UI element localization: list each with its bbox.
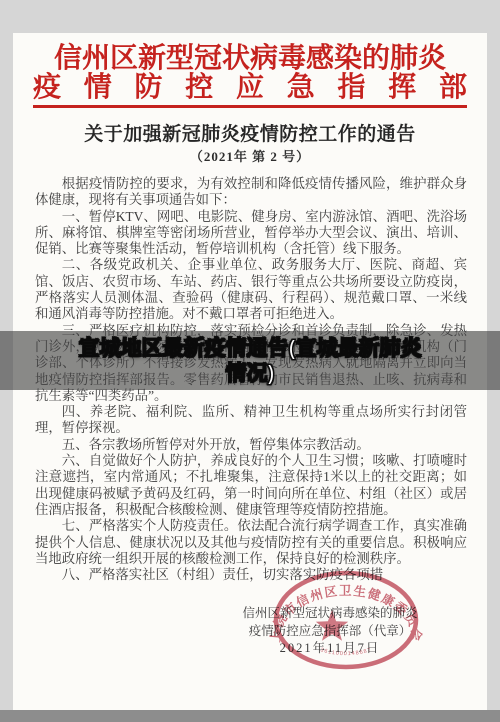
seal-serial-number: 3611000148687 [319,647,372,657]
body-paragraph: 四、养老院、福利院、监所、精神卫生机构等重点场所实行封闭管理，暂停探视。 [35,404,467,437]
body-paragraph: 二、各级党政机关、企事业单位、政务服务大厅、医院、商超、宾馆、饭店、农贸市场、车… [35,257,467,322]
document-number: （2021年 第 2 号） [13,149,487,164]
official-seal: 上饶市信州区卫生健康委员会 3611000148687 [266,560,426,680]
photo-background: 信州区新型冠状病毒感染的肺炎 疫情防控应急指挥部 关于加强新冠肺炎疫情防控工作的… [0,0,500,722]
bottom-strip [0,710,500,722]
body-paragraph: 六、自觉做好个人防护，养成良好的个人卫生习惯；咳嗽、打喷嚏时注意遮挡，室内常通风… [35,453,467,518]
caption-title-line1: 宣城地区最新疫情通告(宣城最新肺炎 [0,336,500,361]
caption-title-line2: 情况) [0,361,500,386]
svg-text:3611000148687: 3611000148687 [319,647,372,657]
star-icon [316,610,348,641]
letterhead-org-line1: 信州区新型冠状病毒感染的肺炎 [33,44,467,74]
caption-overlay: 宣城地区最新疫情通告(宣城最新肺炎 情况) [0,331,500,390]
body-paragraph: 一、暂停KTV、网吧、电影院、健身房、室内游泳馆、酒吧、洗浴场所、麻将馆、棋牌室… [35,209,467,258]
document-title: 关于加强新冠肺炎疫情防控工作的通告 [33,124,467,146]
letterhead-org-line2: 疫情防控应急指挥部 [33,74,467,102]
body-paragraph: 五、各宗教场所暂停对外开放，暂停集体宗教活动。 [35,437,467,453]
letterhead: 信州区新型冠状病毒感染的肺炎 疫情防控应急指挥部 [33,44,467,108]
body-paragraph: 根据疫情防控的要求，为有效控制和降低疫情传播风险，维护群众身体健康，现将有关事项… [35,176,467,209]
